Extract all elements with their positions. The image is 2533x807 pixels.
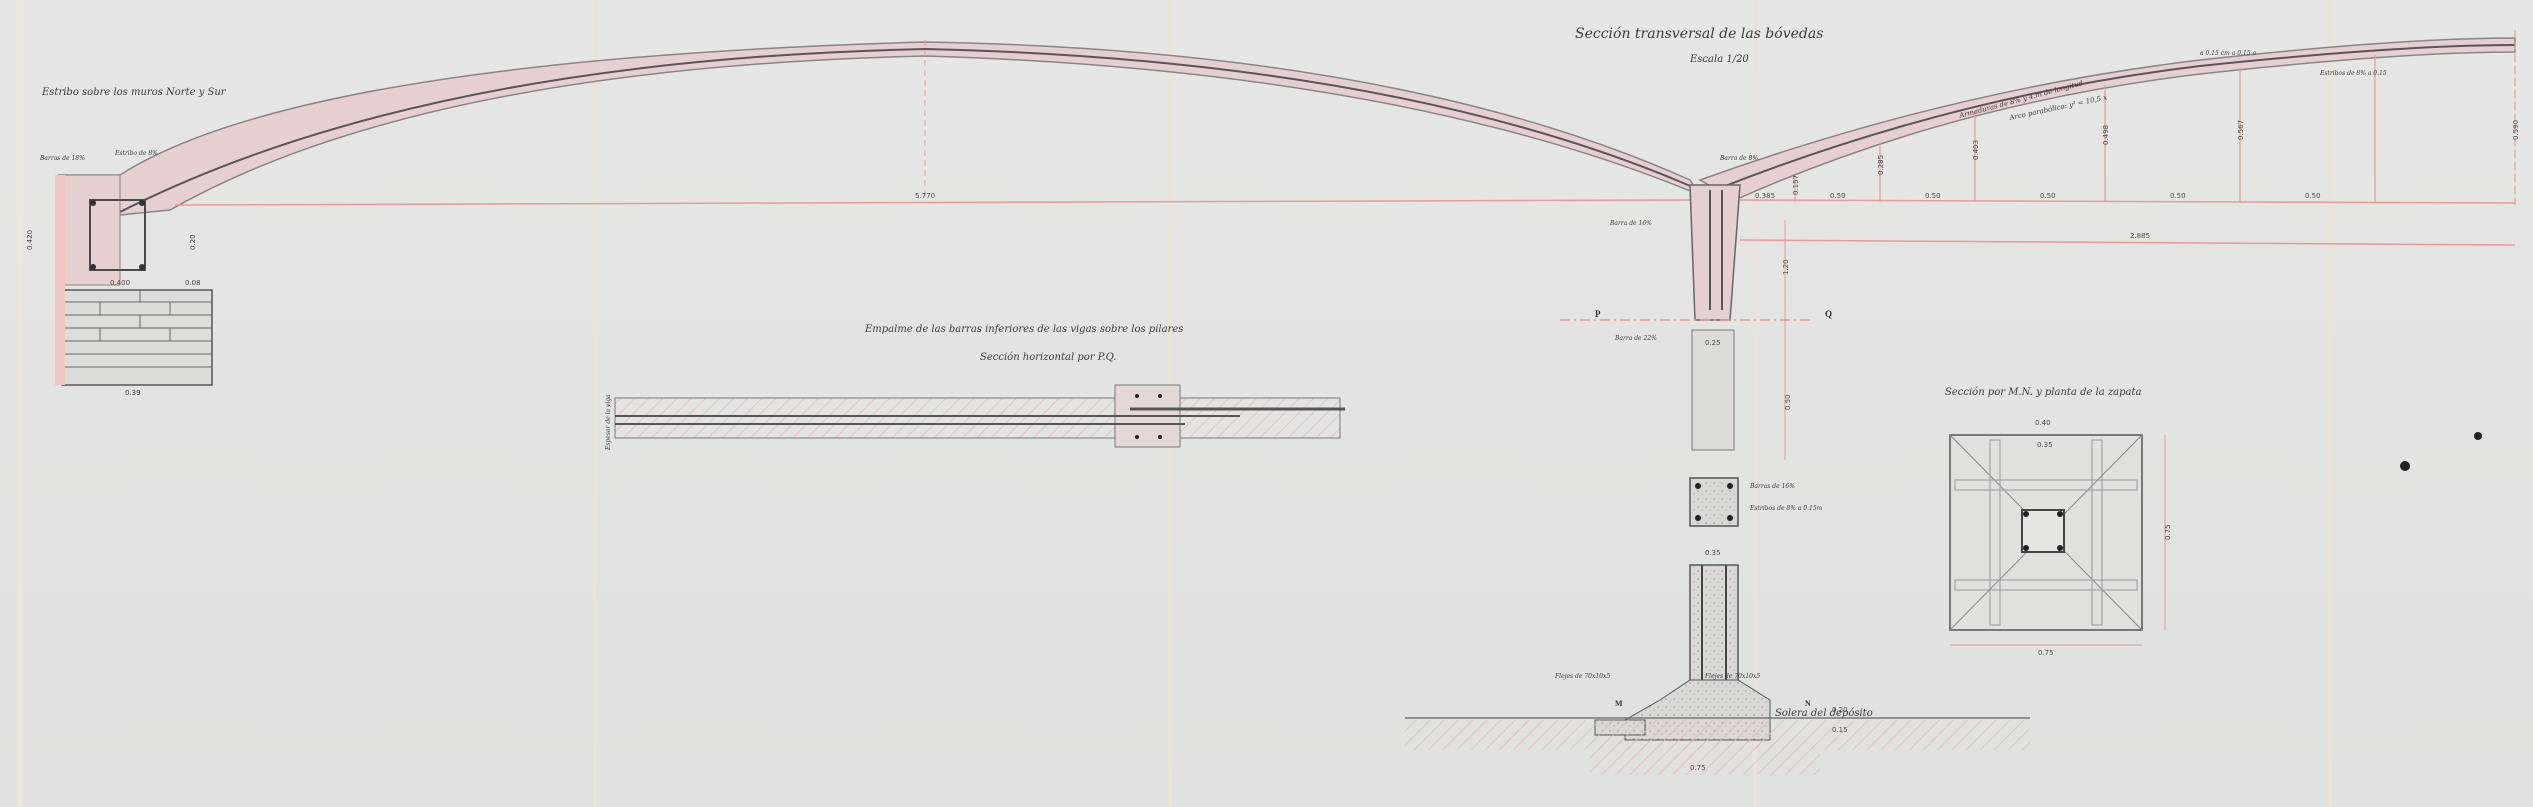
splice-subtitle: Sección horizontal por P.Q. [980, 352, 1116, 363]
abutment-height-dimension: 0.420 [26, 230, 34, 250]
footing-plan [1950, 435, 2165, 645]
span-line [175, 200, 1690, 205]
interval-2: 0.50 [1925, 192, 1941, 200]
half-span-dim [1740, 240, 2515, 245]
ordinate-4: 0.498 [2102, 125, 2110, 145]
point-M: M [1615, 699, 1623, 708]
ground-line [1405, 718, 2030, 775]
interval-4: 0.50 [2170, 192, 2186, 200]
left-vault-arch [60, 42, 1700, 215]
right-vault-arch [1700, 30, 2515, 205]
pier-height-dimension: 1.20 [1782, 259, 1790, 275]
ordinate-1: 0.157 [1792, 175, 1800, 195]
point-P: P [1595, 309, 1601, 319]
pier-lower-bar-label: Barra de 22% [1614, 335, 1657, 342]
abutment-bars-label: Barras de 18% [39, 155, 85, 162]
column-stirrups-label: Estribos de 8% a 0.15m [1749, 505, 1823, 512]
splice-side-label: Espesor de la viga [605, 394, 612, 451]
arch-spacing-label: a 0.15 cm a 0.15 a [2200, 50, 2256, 57]
arch-stirrups-label: Estribos de 8% a 0.15 [2319, 70, 2387, 77]
engineering-drawing-sheet: Sección transversal de las bóvedas Escal… [0, 0, 2533, 807]
ink-blot [2400, 461, 2410, 471]
footing-title: Sección por M.N. y planta de la zapata [1945, 387, 2142, 398]
interval-5: 0.50 [2305, 192, 2321, 200]
pier-top-bar-label: Barra de 8% [1719, 155, 1758, 162]
ground-label: Solera del depósito [1775, 708, 1873, 719]
abutment-stirrup-label: Estribo de 8% [114, 150, 158, 157]
main-title: Sección transversal de las bóvedas [1575, 26, 1823, 42]
abutment-width-dimension: 0.400 [110, 279, 130, 287]
footing-width-dimension: 0.75 [1690, 764, 1706, 772]
splice-title: Empalme de las barras inferiores de las … [864, 324, 1183, 335]
splice-detail [615, 385, 1345, 447]
flat-bar-left-label: Flejes de 70x10x5 [1554, 673, 1610, 680]
interval-1: 0.50 [1830, 192, 1846, 200]
plan-total-dimension: 0.75 [2038, 649, 2054, 657]
footing-depth-1: 0.20 [1832, 706, 1848, 714]
pier-section [1560, 185, 1810, 740]
point-Q: Q [1825, 309, 1832, 319]
point-N: N [1805, 699, 1811, 708]
pier-bar-label: Barra de 16% [1609, 220, 1652, 227]
half-span-dimension: 2.885 [2130, 232, 2150, 240]
abutment-rise-dimension: 0.20 [189, 234, 197, 250]
plan-outer-dimension: 0.40 [2035, 419, 2051, 427]
ordinate-5: 0.567 [2237, 120, 2245, 140]
scale-label: Escala 1/20 [1689, 54, 1749, 65]
half-span-line [1740, 200, 2515, 203]
ink-blot [2474, 432, 2482, 440]
interval-3: 0.50 [2040, 192, 2056, 200]
pier-gap-dimension: 0.385 [1755, 192, 1775, 200]
abutment-inner-dimension: 0.08 [185, 279, 201, 287]
abutment-title: Estribo sobre los muros Norte y Sur [41, 87, 227, 98]
column-bars-label: Barras de 16% [1749, 483, 1795, 490]
flat-bar-right-label: Flejes de 70x10x5 [1704, 673, 1760, 680]
footing-depth-2: 0.15 [1832, 726, 1848, 734]
pier-width-dimension: 0.25 [1705, 339, 1721, 347]
drawing-canvas: Sección transversal de las bóvedas Escal… [0, 0, 2533, 807]
abutment-base-dimension: 0.39 [125, 389, 141, 397]
plan-side-dimension: 0.75 [2164, 524, 2172, 540]
ordinate-6: 0.590 [2512, 120, 2520, 140]
ordinate-2: 0.285 [1877, 155, 1885, 175]
column-width-dimension: 0.35 [1705, 549, 1721, 557]
column-height-dimension: 0.50 [1784, 394, 1792, 410]
span-dimension: 5.770 [915, 192, 935, 200]
ordinate-3: 0.403 [1972, 140, 1980, 160]
plan-inner-dimension: 0.35 [2037, 441, 2053, 449]
